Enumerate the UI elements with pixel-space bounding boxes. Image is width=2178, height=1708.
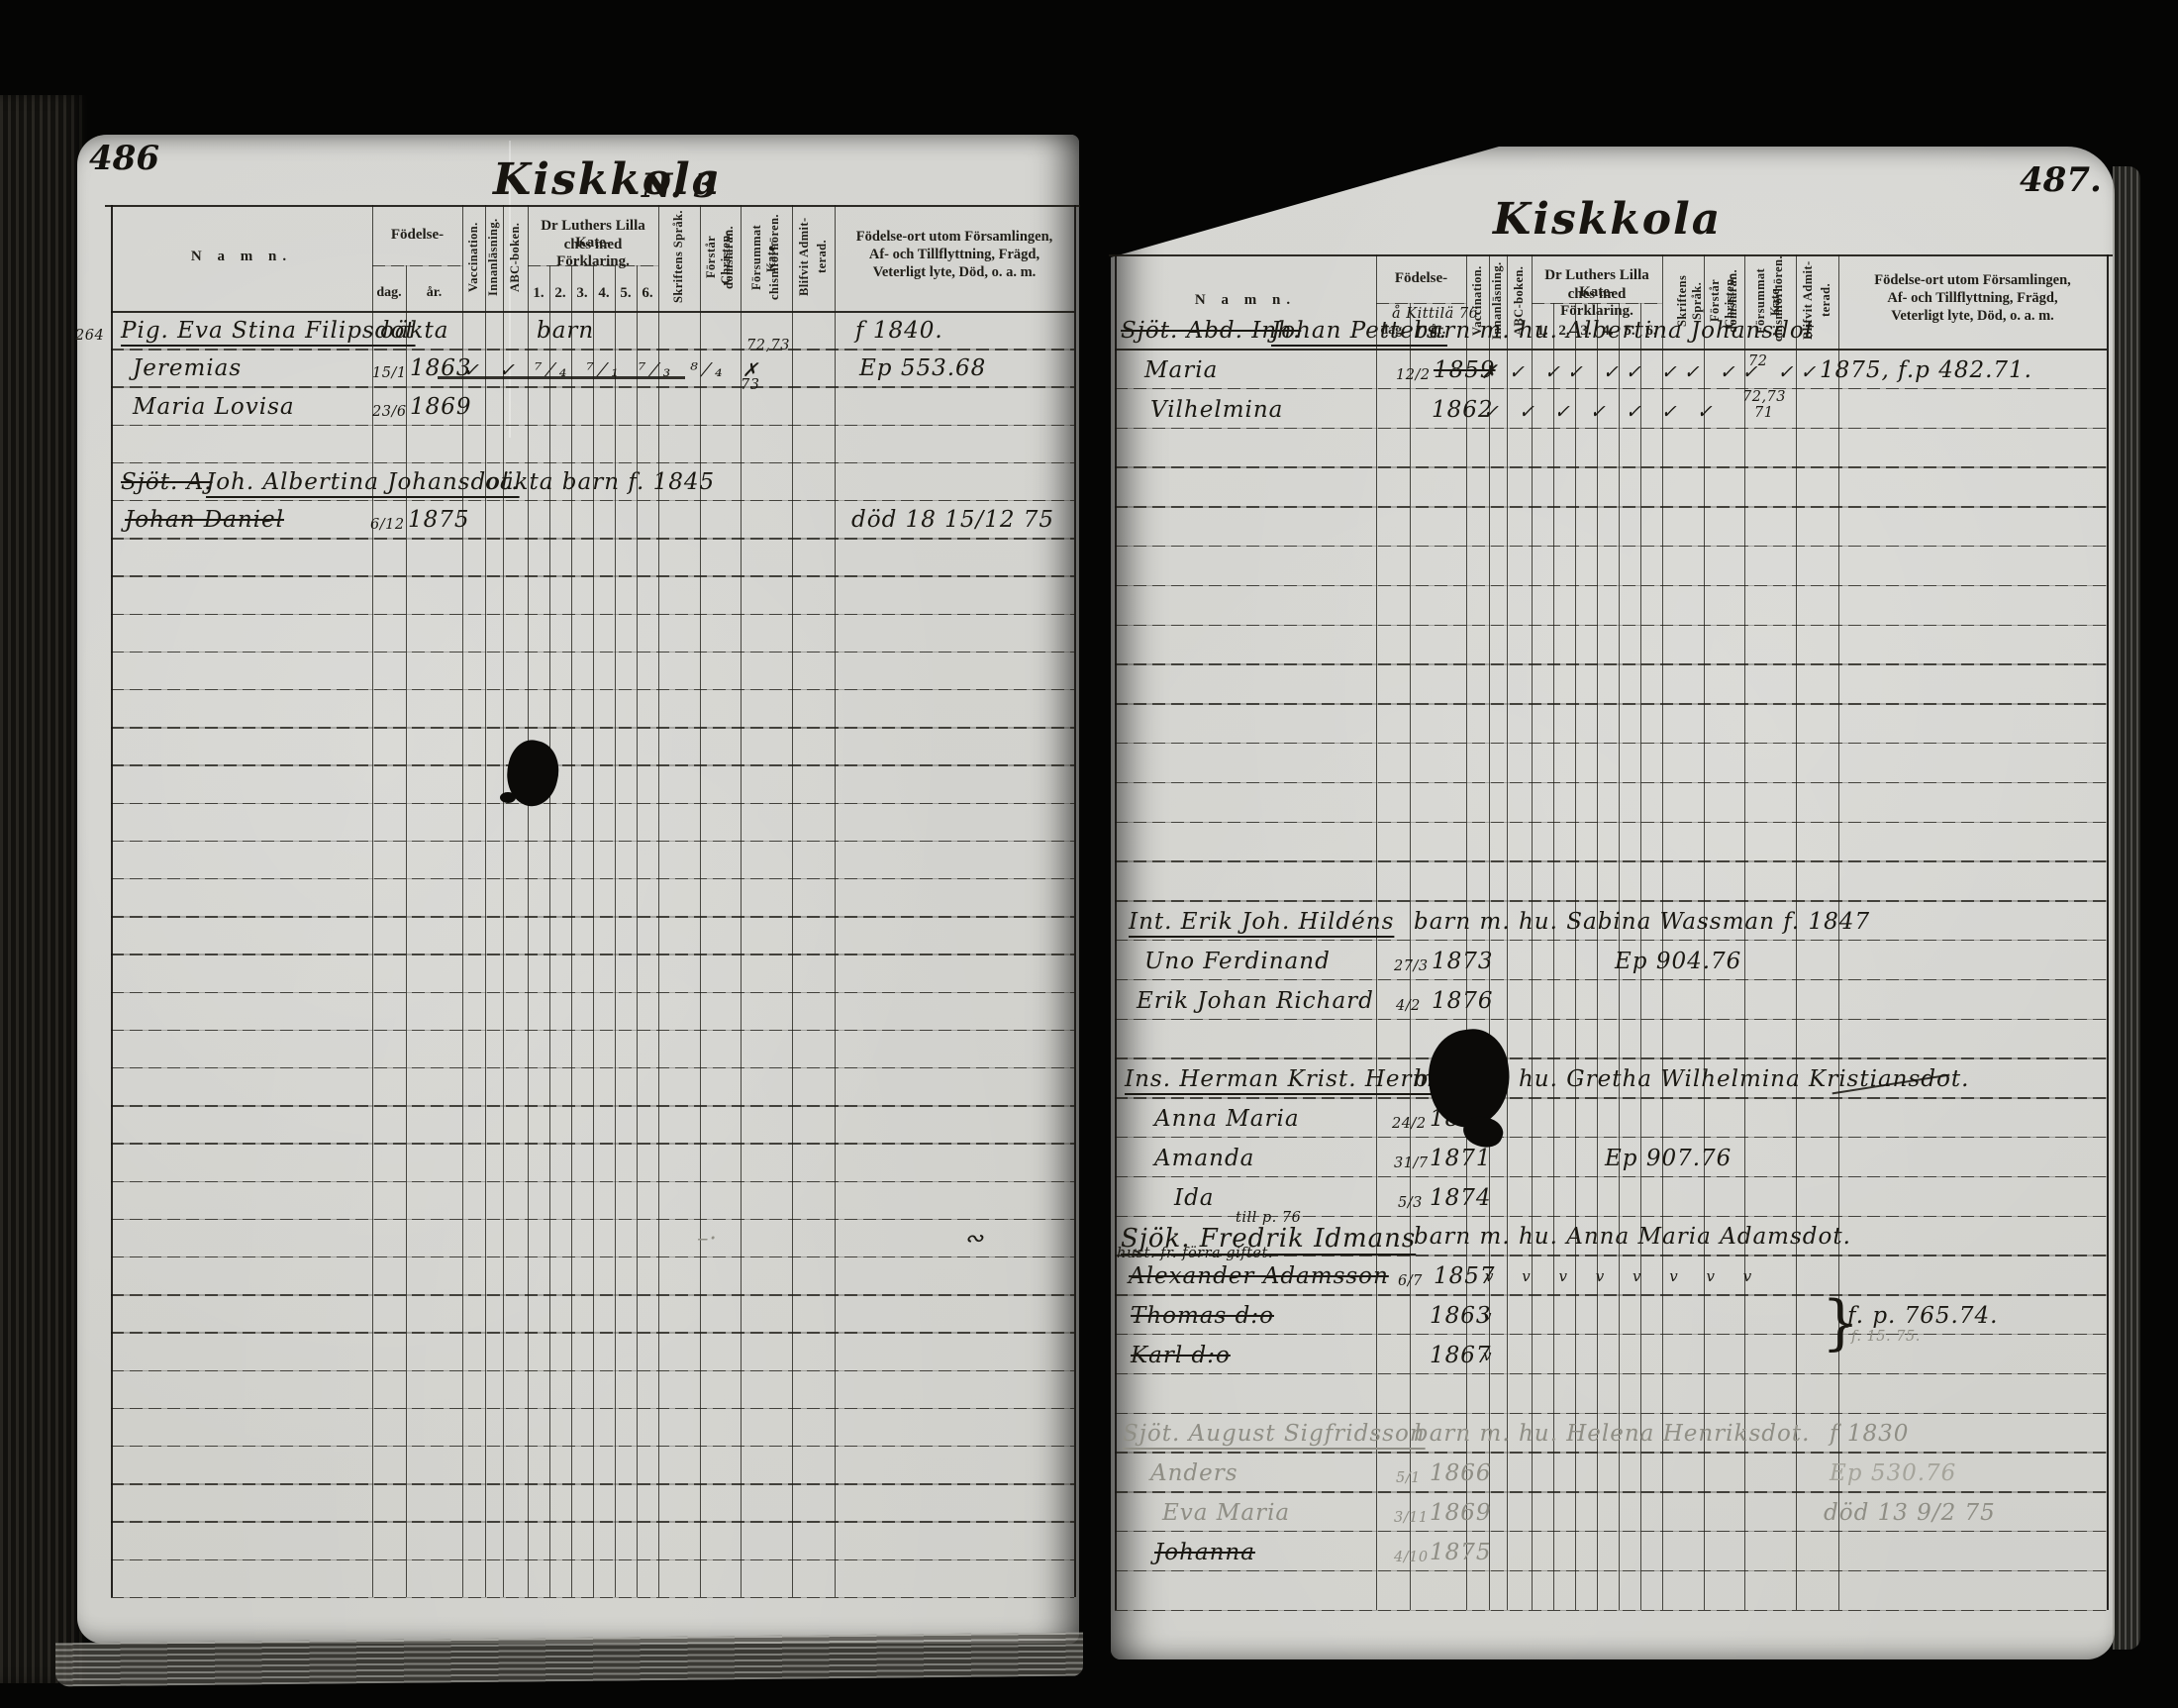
book-spine-edge (0, 95, 87, 1683)
handwritten-entry: 71 (1754, 405, 1773, 421)
handwritten-entry: Ep 553.68 (859, 355, 986, 381)
handwritten-entry: barn m. hu. Helena Henriksdot. (1414, 1421, 1810, 1447)
handwritten-entry: ∾ (964, 1226, 984, 1252)
handwritten-entry: 73 (741, 377, 759, 393)
handwritten-entry: 6/7 (1398, 1273, 1423, 1289)
handwritten-entry: Uno Ferdinand (1144, 949, 1331, 974)
handwritten-entry: Eva Maria (1162, 1500, 1290, 1526)
handwritten-entry: Sjöt. A. (121, 469, 213, 495)
handwritten-entry: ✗ (1481, 361, 1504, 383)
handwritten-entry: Johanna (1154, 1540, 1255, 1565)
handwritten-entry: 4/10 (1394, 1550, 1429, 1565)
handwritten-entry: Karl d:o (1131, 1343, 1231, 1368)
handwritten-entry: Thomas d:o (1131, 1303, 1274, 1329)
handwritten-entry: hust. fr. förra giftet. (1117, 1246, 1273, 1261)
handwritten-entry: Sjöt. August Sigfridsson (1123, 1421, 1426, 1447)
handwritten-entry: Jeremias (133, 355, 242, 381)
handwritten-entry: v (1483, 1307, 1503, 1325)
handwritten-entry: 72,73 (1742, 389, 1786, 405)
handwritten-entry: oäkta (380, 318, 448, 344)
handwritten-entry: barn m. hu. Anna Maria Adamsdot. (1414, 1224, 1851, 1250)
handwritten-entry: 1866 (1430, 1460, 1492, 1486)
handwritten-entry: 5/1 (1396, 1470, 1421, 1486)
handwritten-entry: Ep 904.76 (1615, 949, 1741, 974)
handwritten-entry: 3/11 (1394, 1510, 1429, 1526)
page-title-left-suffix: N. 3 (642, 166, 717, 206)
handwritten-entry: barn (537, 318, 594, 344)
handwritten-entry: oäkta barn f. 1845 (485, 469, 715, 495)
handwritten-entry: 1869 (1430, 1500, 1492, 1526)
handwritten-entry: 15/1 (372, 365, 407, 381)
page-stack-right-edge (2113, 166, 2140, 1650)
handwritten-entry: –· (697, 1226, 718, 1252)
handwritten-entry: Anders (1150, 1460, 1238, 1486)
handwritten-entry: 1875 (1430, 1540, 1492, 1565)
handwritten-entry: Johan Daniel (125, 507, 284, 533)
handwritten-entry: Maria Lovisa (133, 394, 295, 420)
handwritten-entry: v v v v v v v v (1485, 1267, 1763, 1285)
book-scan: N a m n.Födelse-dag.år.Vaccination.Innan… (0, 0, 2178, 1708)
handwritten-entry: Anna Maria (1154, 1106, 1300, 1132)
handwritten-entry: 5/3 (1398, 1195, 1423, 1211)
handwritten-entry: barn m. hu. Albertina Johansdot (1414, 318, 1815, 344)
handwritten-entry: f 1830 (1830, 1421, 1909, 1447)
handwritten-entry: död 13 9/2 75 (1824, 1500, 1996, 1526)
handwritten-entry: Pig. Eva Stina Filipsdot (121, 318, 416, 344)
handwritten-entry: 1875, f.p 482.71. (1820, 357, 2032, 383)
handwritten-entry: 1876 (1432, 988, 1494, 1014)
handwritten-entry: Vilhelmina (1150, 397, 1283, 423)
handwritten-entry: Ep 907.76 (1605, 1146, 1732, 1171)
handwritten-entry: Erik Johan Richard (1137, 988, 1374, 1014)
page-right: N a m n.Födelse-dag.år.Vaccination.Innan… (1111, 147, 2115, 1659)
handwritten-entry: 4/2 (1396, 998, 1421, 1014)
page-left: N a m n.Födelse-dag.år.Vaccination.Innan… (77, 135, 1079, 1644)
handwritten-strike (438, 376, 685, 378)
handwritten-entry: barn m. hu. Sabina Wassman f. 1847 (1414, 909, 1870, 935)
handwritten-entry: 1875 (408, 507, 470, 533)
handwritten-entry: ✓ ✓✓ ✓✓ ✓✓ ✓✓ ✓✓ (1509, 361, 1823, 383)
handwritten-entry: 27/3 (1394, 958, 1429, 974)
handwritten-entry: Ida (1174, 1185, 1215, 1211)
page-number-right: 487. (2020, 160, 2102, 200)
ink-blot (500, 792, 516, 803)
handwritten-entry: 1869 (410, 394, 472, 420)
handwritten-entry: 24/2 (1392, 1116, 1427, 1132)
handwritten-entry: 1871 (1430, 1146, 1492, 1171)
ink-layer: 264Pig. Eva Stina Filipsdotoäktabarn72,7… (77, 135, 1079, 1644)
handwritten-entry: 6/12 (370, 517, 405, 533)
handwritten-entry: 23/6 (372, 404, 407, 420)
handwritten-entry: 12/2 (1396, 367, 1431, 383)
handwritten-entry: 264 (75, 328, 104, 344)
page-number-left: 486 (89, 139, 159, 178)
handwritten-entry: Joh. Albertina Johansdot. (206, 469, 520, 495)
page-title-right: Kiskkola (1493, 194, 1722, 245)
handwritten-entry: Maria (1144, 357, 1218, 383)
handwritten-entry: ✓ ✓ ✓ ✓ ✓ ✓ ✓ (1483, 401, 1720, 423)
handwritten-entry: 1873 (1432, 949, 1494, 974)
handwritten-entry: Amanda (1154, 1146, 1254, 1171)
handwritten-entry: Ep 530.76 (1830, 1460, 1956, 1486)
handwritten-entry: död 18 15/12 75 (851, 507, 1054, 533)
handwritten-entry: f 1840. (855, 318, 943, 344)
handwritten-entry: Int. Erik Joh. Hildéns (1129, 909, 1394, 935)
handwritten-entry: 72 (1748, 353, 1767, 369)
handwritten-entry: 31/7 (1394, 1155, 1429, 1171)
handwritten-entry: 72,73 (746, 338, 790, 353)
ink-layer: å Kittilä 76Sjöt. Abd. Inh.Johan Petters… (1111, 147, 2115, 1659)
handwritten-entry: v (1483, 1347, 1503, 1364)
handwritten-entry: Alexander Adamsson (1129, 1263, 1389, 1289)
handwritten-entry: f. p. 765.74. (1847, 1303, 1998, 1329)
handwritten-entry: f. 15. 75. (1851, 1329, 1921, 1345)
handwritten-entry: 1874 (1430, 1185, 1492, 1211)
